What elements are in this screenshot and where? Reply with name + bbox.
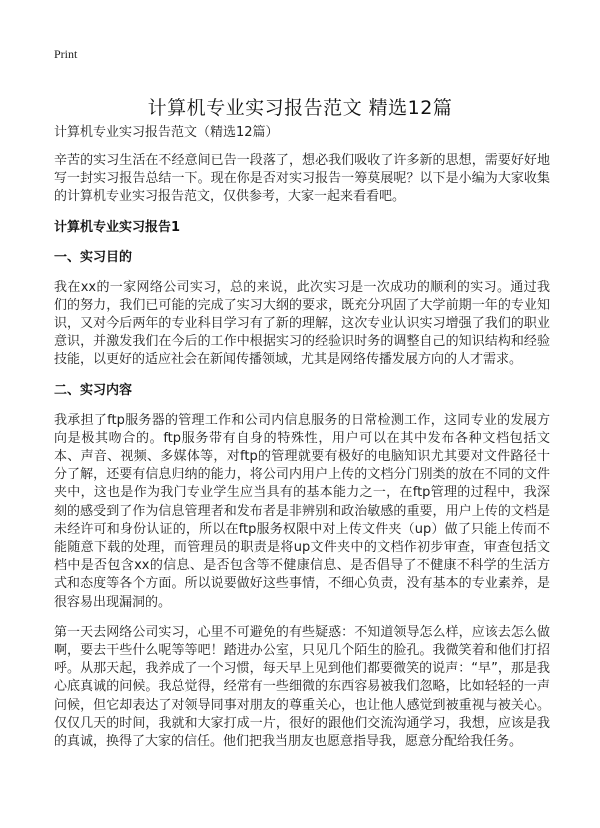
page-subtitle: 计算机专业实习报告范文（精选12篇） — [54, 121, 279, 140]
report-heading: 计算机专业实习报告1 — [54, 219, 550, 237]
section-heading-purpose: 一、实习目的 — [54, 249, 550, 267]
content-paragraph-1: 我承担了ftp服务器的管理工作和公司内信息服务的日常检测工作，这同专业的发展方向… — [54, 412, 550, 612]
purpose-paragraph: 我在xx的一家网络公司实习，总的来说，此次实习是一次成功的顺利的实习。通过我们的… — [54, 279, 550, 370]
section-heading-content: 二、实习内容 — [54, 382, 550, 400]
intro-paragraph: 辛苦的实习生活在不经意间已告一段落了，想必我们吸收了许多新的思想，需要好好地写一… — [54, 152, 550, 207]
content-paragraph-2: 第一天去网络公司实习，心里不可避免的有些疑惑：不知道领导怎么样，应该去怎么做啊，… — [54, 624, 550, 751]
page-title: 计算机专业实习报告范文 精选12篇 — [0, 93, 600, 120]
print-link[interactable]: Print — [54, 47, 77, 62]
document-body: 辛苦的实习生活在不经意间已告一段落了，想必我们吸收了许多新的思想，需要好好地写一… — [54, 152, 550, 763]
